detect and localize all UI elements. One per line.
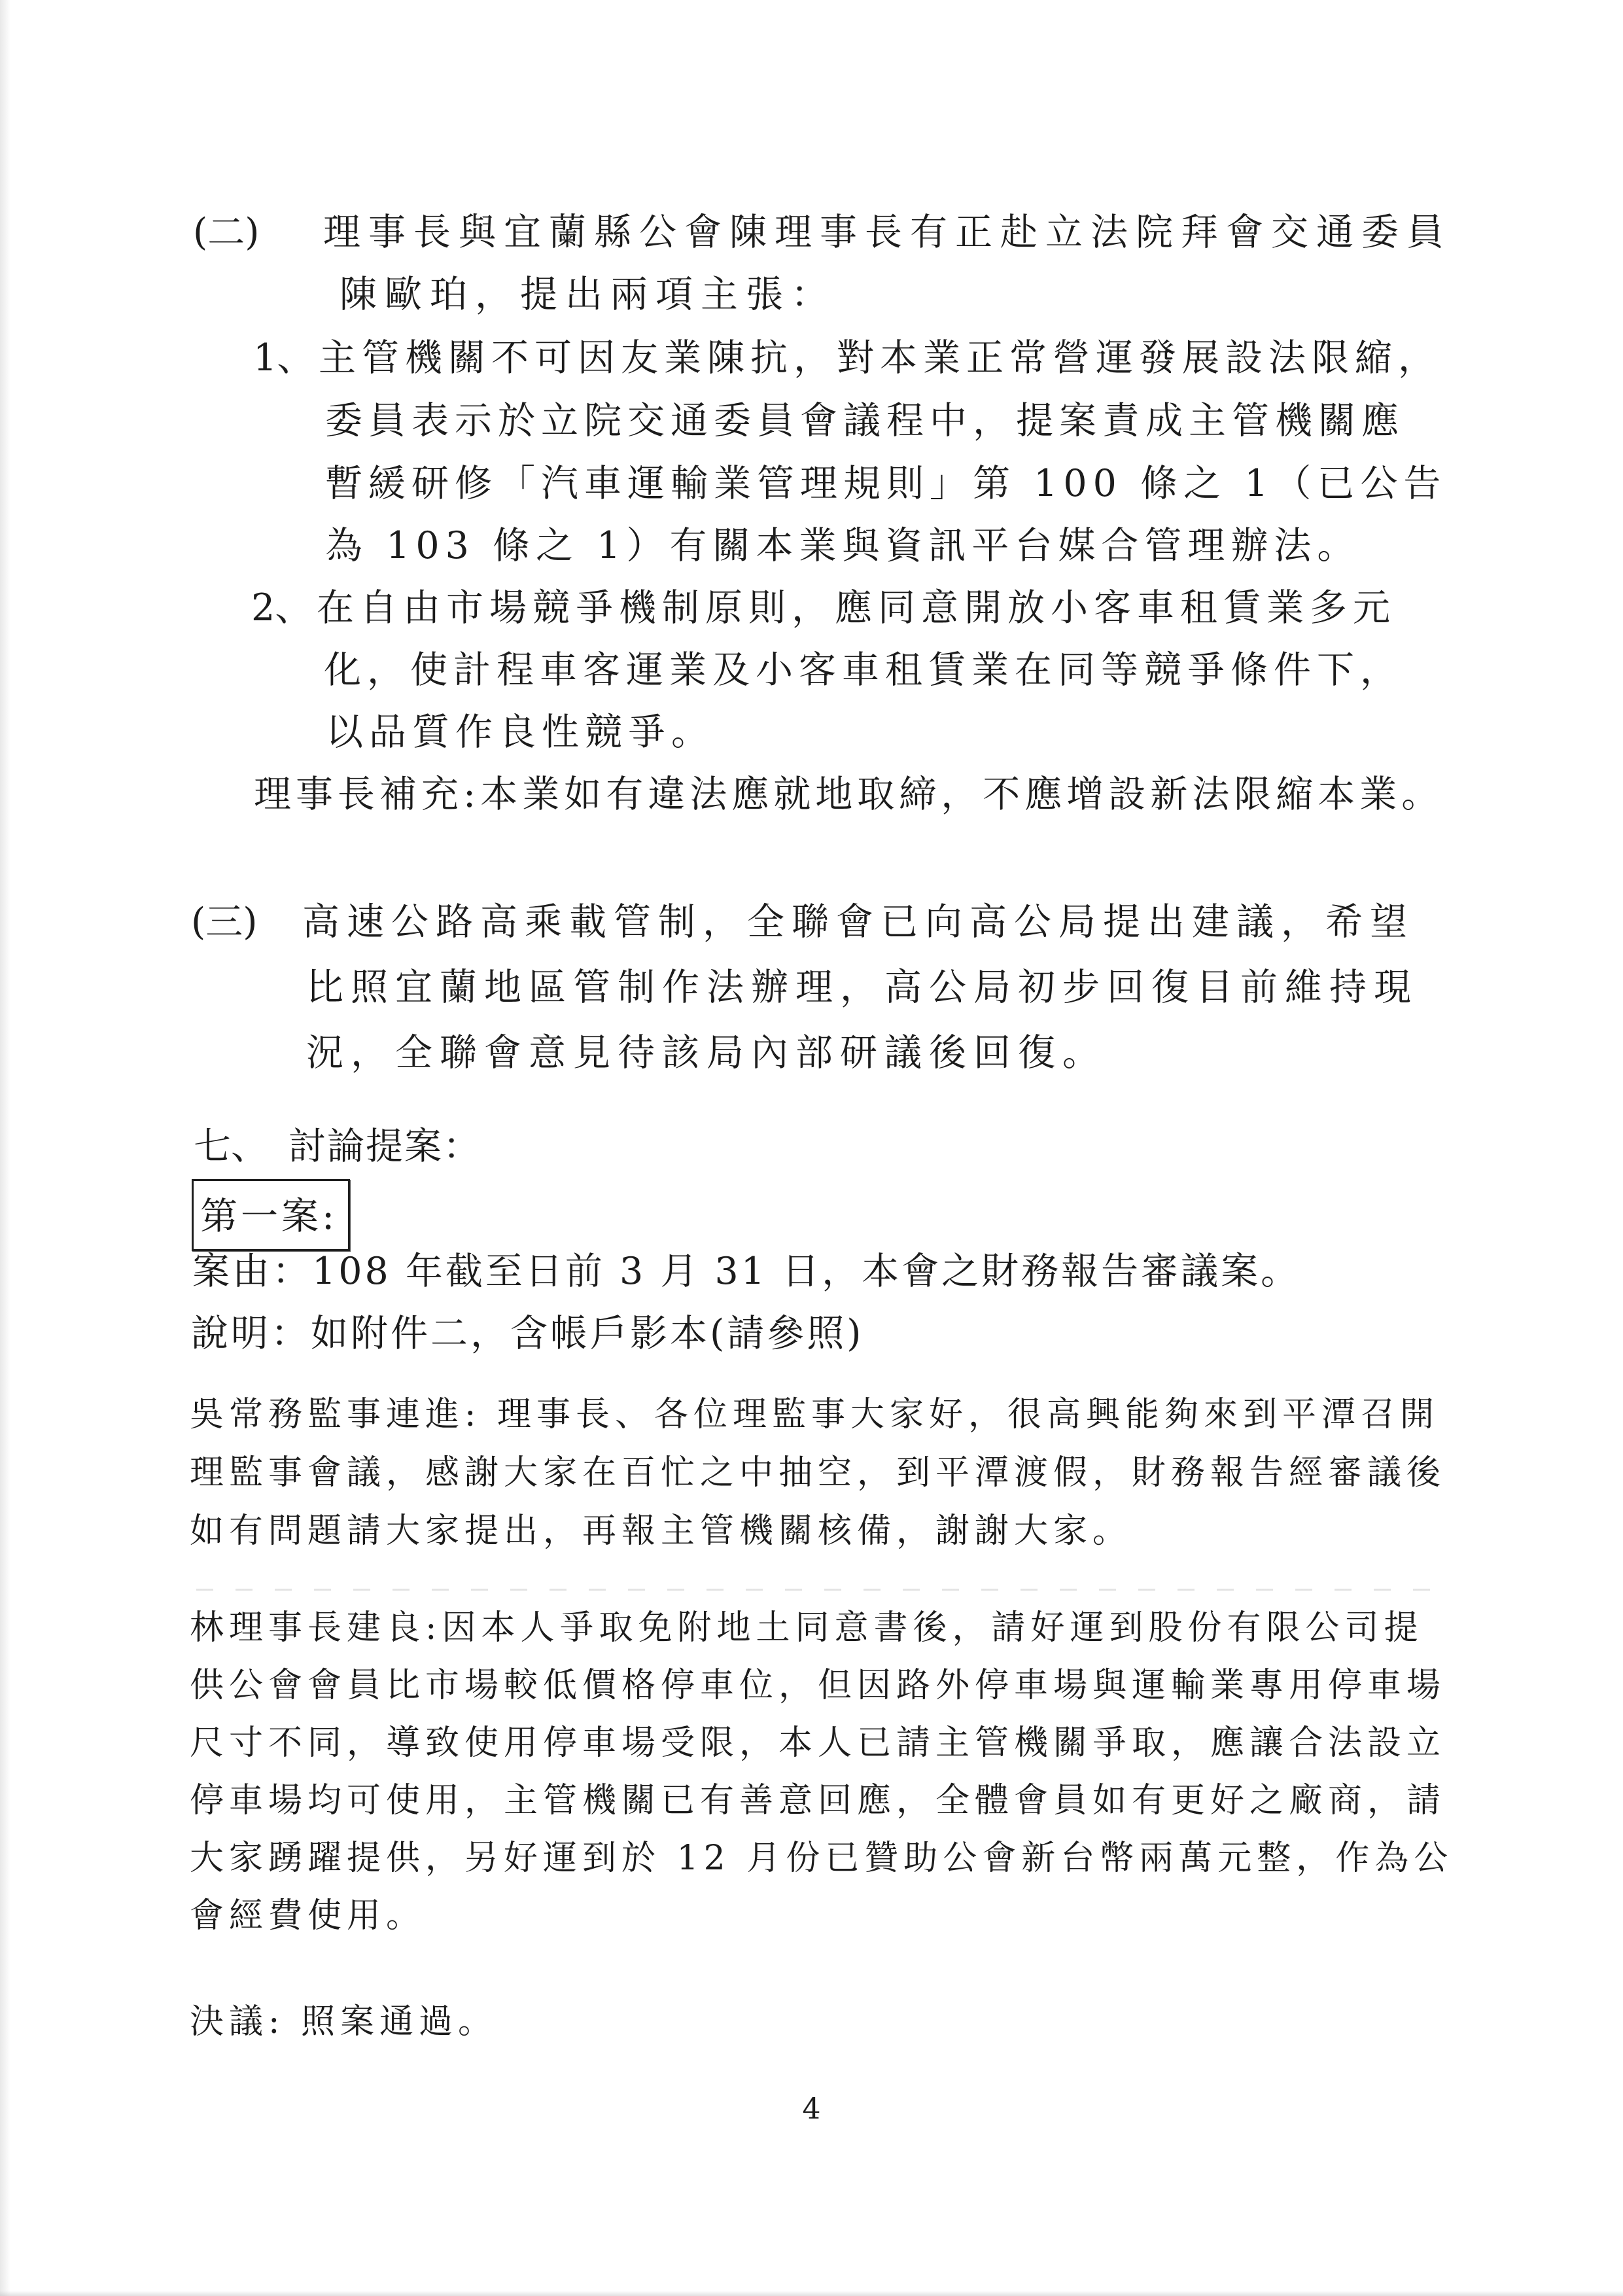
section7-title: 討論提案： (288, 1125, 481, 1169)
point1-line-1: 主管機關不可因友業陳抗，對本業正常營運發展設法限縮， (319, 336, 1441, 380)
scan-edge-shadow-bottom (0, 2291, 1623, 2296)
item2-label: (二) (193, 211, 259, 255)
speech-lin-line-5: 大家踴躍提供，另好運到於 12 月份已贊助公會新台幣兩萬元整，作為公 (190, 1839, 1453, 1879)
item3-label: (三) (191, 900, 257, 944)
speech-lin-line-2: 供公會會員比市場較低價格停車位，但因路外停車場與運輸業專用停車場 (190, 1666, 1446, 1706)
item3-line-1: 高速公路高乘載管制，全聯會已向高公局提出建議，希望 (302, 900, 1414, 944)
item2-intro-line-2: 陳歐珀，提出兩項主張： (340, 273, 836, 317)
speech-wu-line-1: 吳常務監事連進: 理事長、各位理監事大家好，很高興能夠來到平潭召開 (190, 1395, 1439, 1435)
item3-line-3: 況，全聯會意見待該局內部研議後回復。 (306, 1031, 1107, 1075)
chairman-note: 理事長補充:本業如有違法應就地取締，不應增設新法限縮本業。 (254, 773, 1443, 817)
point1-line-2: 委員表示於立院交通委員會議程中，提案責成主管機關應 (325, 399, 1405, 443)
point2-line-3: 以品質作良性競爭。 (326, 711, 714, 754)
case1-description: 說明：如附件二，含帳戶影本(請參照) (191, 1312, 864, 1356)
resolution-line: 決議: 照案通過。 (190, 2002, 497, 2042)
point1-line-3: 暫緩研修「汽車運輸業管理規則」第 100 條之 1（已公告 (325, 462, 1446, 506)
section7-label: 七、 (194, 1125, 268, 1169)
speech-lin-line-1: 林理事長建良:因本人爭取免附地土同意書後，請好運到股份有限公司提 (190, 1608, 1423, 1648)
document-page: (二) 理事長與宜蘭縣公會陳理事長有正赴立法院拜會交通委員 陳歐珀，提出兩項主張… (0, 0, 1623, 2296)
case1-title: 第一案: (200, 1195, 338, 1238)
page-number: 4 (0, 2093, 1623, 2126)
scan-edge-shadow-left (0, 0, 10, 2296)
case1-title-box: 第一案: (192, 1179, 350, 1251)
item3-line-2: 比照宜蘭地區管制作法辦理，高公局初步回復目前維持現 (306, 966, 1418, 1010)
speech-lin-line-4: 停車場均可使用，主管機關已有善意回應，全體會員如有更好之廠商，請 (190, 1781, 1446, 1821)
point2-line-1: 在自由市場競爭機制原則，應同意開放小客車租賃業多元 (317, 586, 1396, 630)
case1-subject: 案由：108 年截至日前 3 月 31 日，本會之財務報告審議案。 (192, 1250, 1300, 1294)
point1-label: 1、 (253, 336, 314, 380)
speech-lin-line-3: 尺寸不同，導致使用停車場受限，本人已請主管機關爭取，應讓合法設立 (190, 1723, 1446, 1763)
speech-lin-line-6: 會經費使用。 (190, 1896, 425, 1936)
item2-intro-line-1: 理事長與宜蘭縣公會陳理事長有正赴立法院拜會交通委員 (323, 211, 1452, 255)
point1-line-4: 為 103 條之 1）有關本業與資訊平台媒合管理辦法。 (325, 524, 1360, 568)
point2-line-2: 化，使計程車客運業及小客車租賃業在同等競爭條件下， (324, 648, 1403, 692)
point2-label: 2、 (251, 586, 312, 630)
speech-wu-line-3: 如有問題請大家提出，再報主管機關核備，謝謝大家。 (190, 1511, 1132, 1551)
scan-noise-dots (196, 1589, 1439, 1591)
speech-wu-line-2: 理監事會議，感謝大家在百忙之中抽空，到平潭渡假，財務報告經審議後 (190, 1453, 1446, 1493)
